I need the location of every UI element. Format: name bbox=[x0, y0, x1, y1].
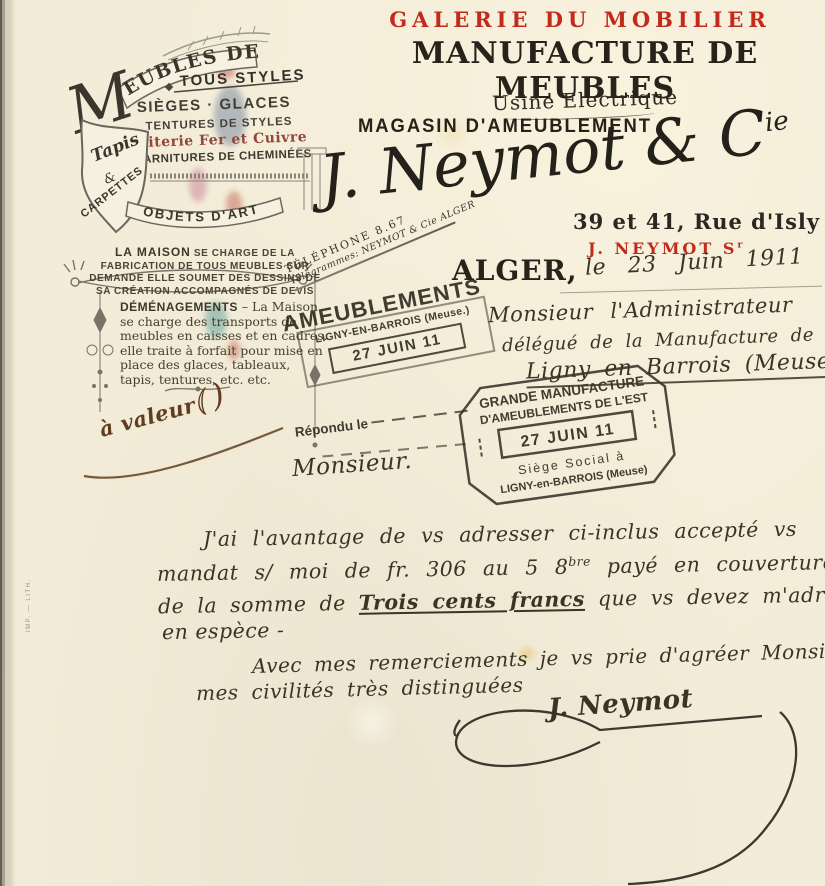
margin-note-swash bbox=[78, 420, 293, 485]
street-address: 39 et 41, Rue d'Isly bbox=[573, 209, 820, 234]
svg-text:SIÈGES · GLACES: SIÈGES · GLACES bbox=[137, 94, 292, 116]
body-line-2-sup: bre bbox=[568, 555, 591, 569]
la-maison-lead: LA MAISON bbox=[115, 245, 191, 259]
body-line-2: mandat s/ moi de fr. 306 au 5 8bre payé … bbox=[157, 550, 825, 586]
demenagements-lead: DÉMÉNAGEMENTS bbox=[120, 300, 238, 314]
body-line-1: J'ai l'avantage de vs adresser ci-inclus… bbox=[203, 517, 797, 551]
company-sup: ie bbox=[763, 106, 790, 138]
closing-line-1: Avec mes remerciements je vs prie d'agré… bbox=[252, 638, 825, 678]
recipient-line-3: Ligny en Barrois (Meuse) bbox=[526, 349, 825, 389]
svg-text:Literie Fer et Cuivre: Literie Fer et Cuivre bbox=[138, 129, 308, 151]
printer-credit: IMP. — LITH. bbox=[26, 578, 32, 632]
body-line-4: en espèce - bbox=[162, 618, 285, 644]
salutation: Monsieur. bbox=[291, 448, 413, 482]
body-line-3: de la somme de Trois cents francs que vs… bbox=[158, 582, 825, 619]
recipient-line-1: Monsieur l'Administrateur bbox=[488, 293, 793, 328]
underlined-amount: Trois cents francs bbox=[359, 587, 586, 615]
pendant-ornament-left bbox=[87, 292, 113, 412]
letter-page: M EUBLES DE TOUS STYLES SIÈGES · GLACES … bbox=[0, 0, 825, 886]
header-galerie: GALERIE DU MOBILIER bbox=[365, 7, 795, 32]
emblem-product-lines: SIÈGES · GLACES TENTURES DE STYLES Liter… bbox=[132, 93, 313, 166]
